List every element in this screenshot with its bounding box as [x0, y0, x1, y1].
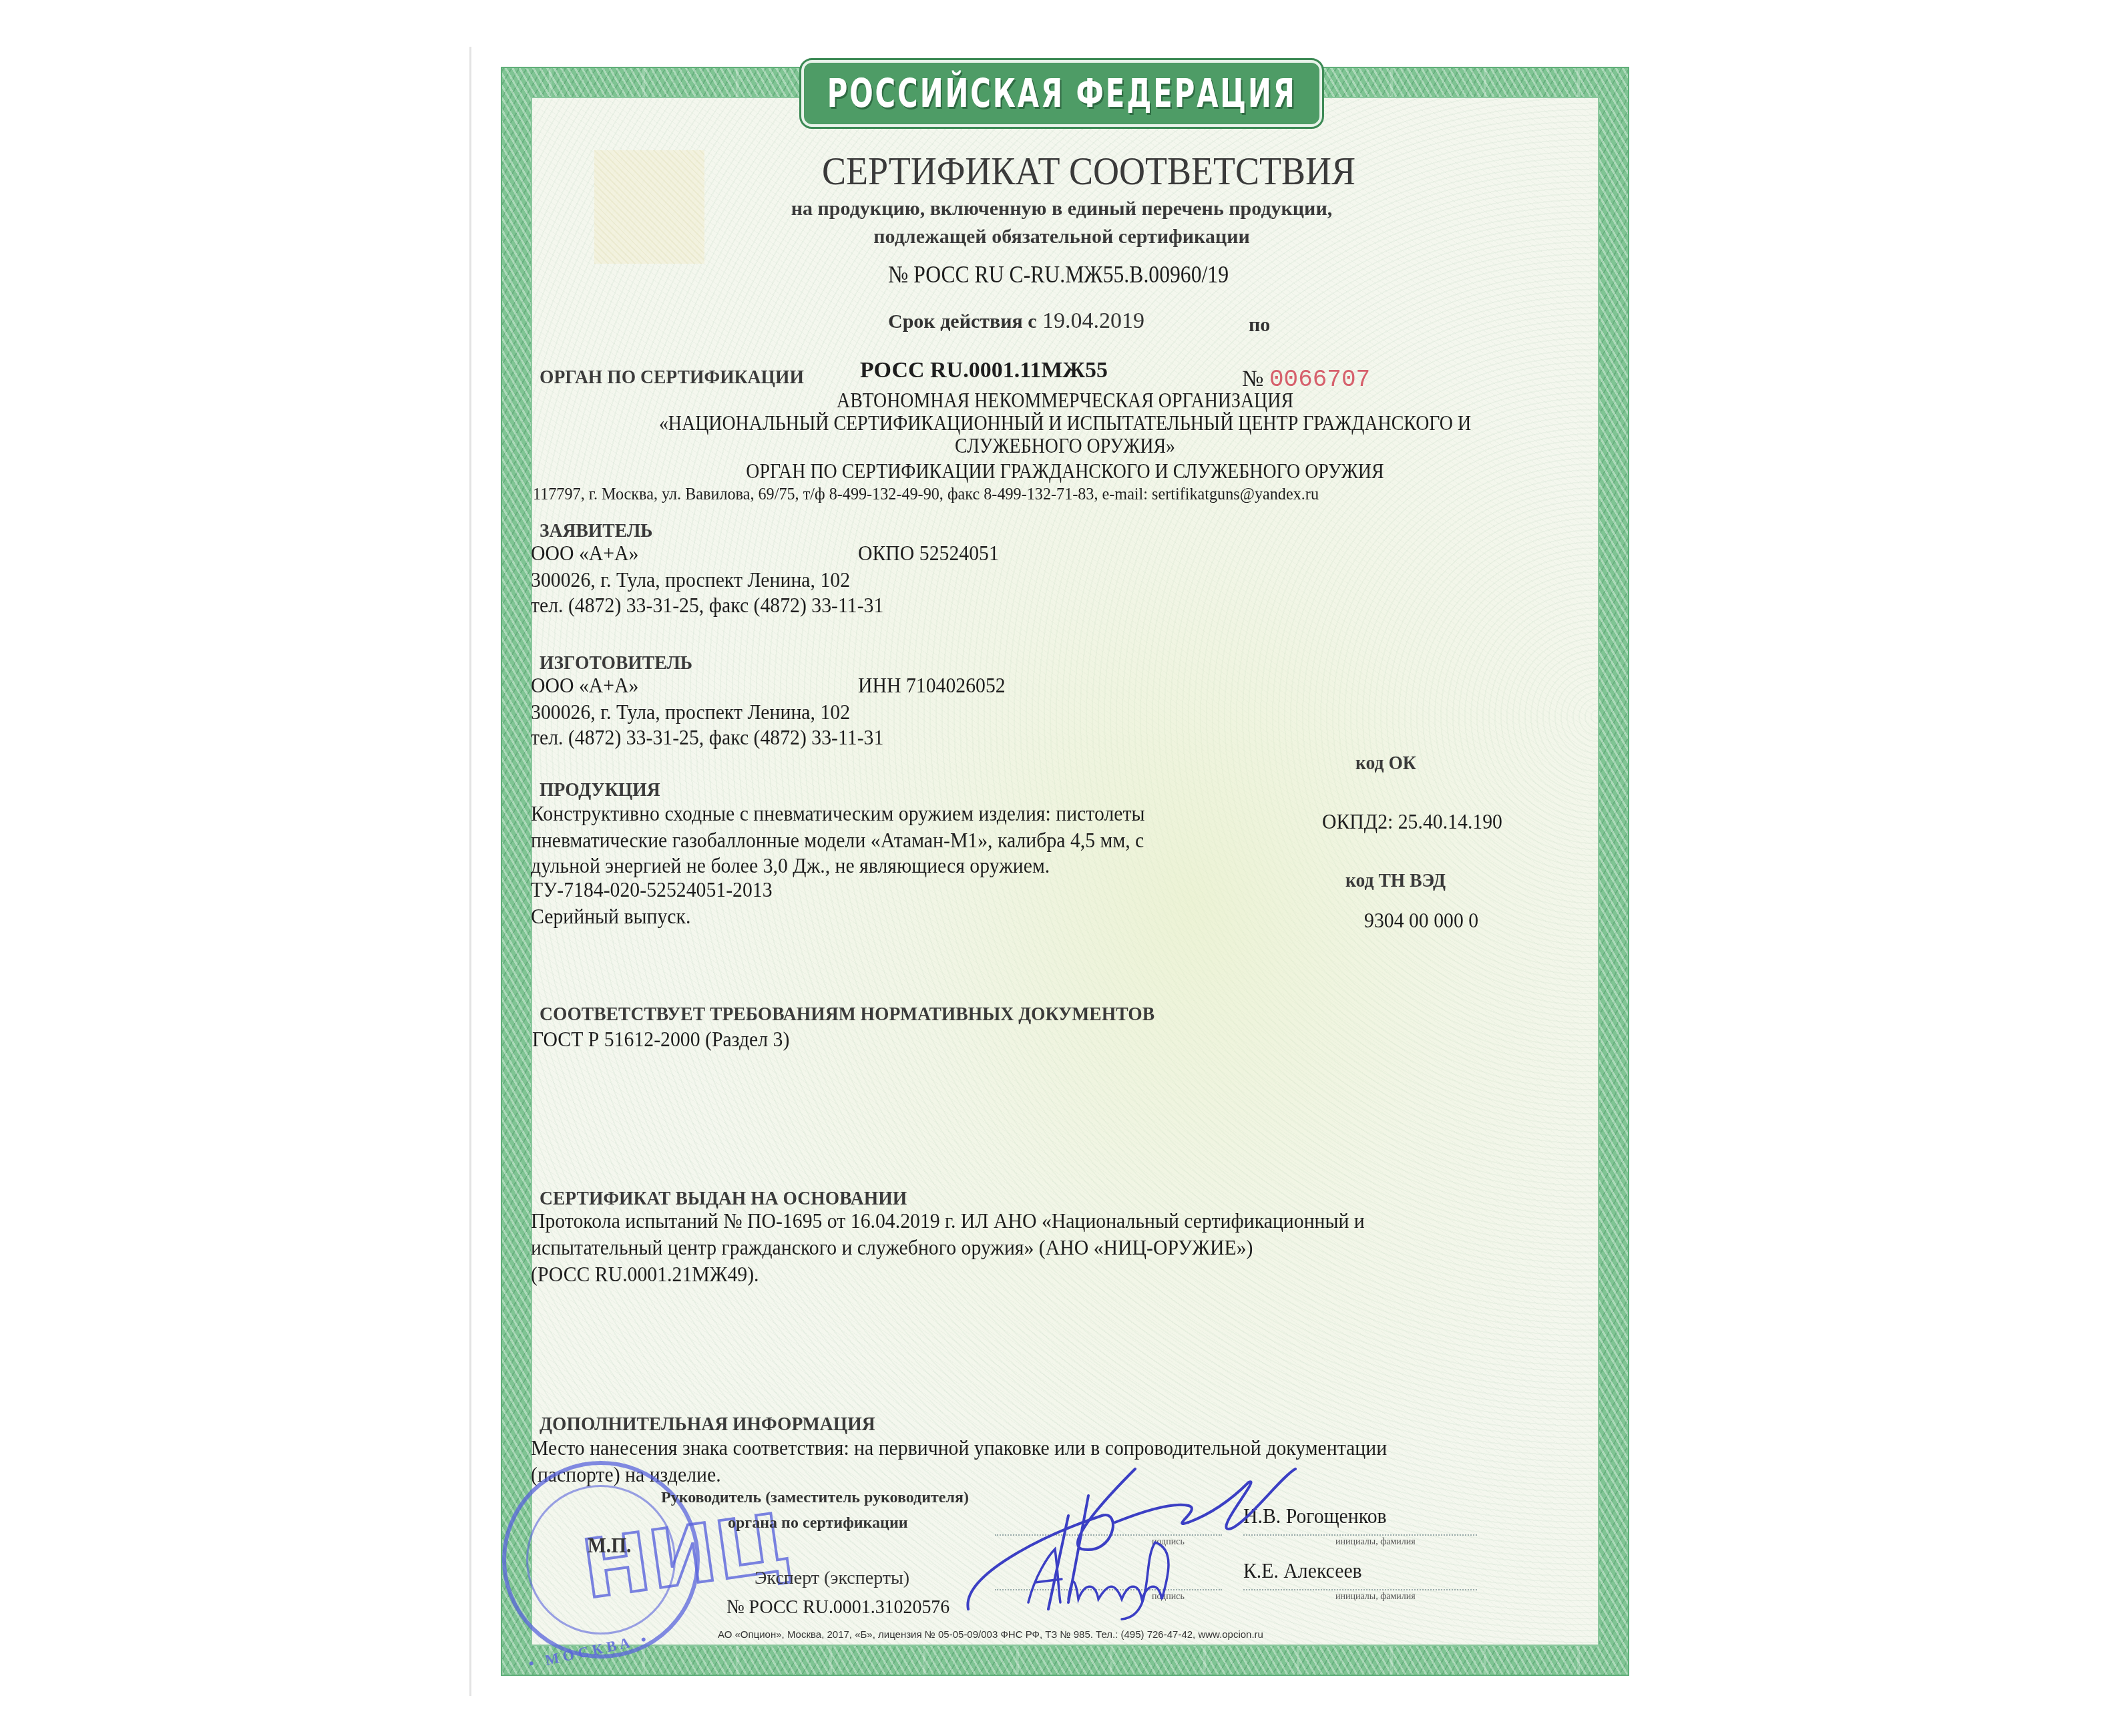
expert-registration: № РОСС RU.0001.31020576	[726, 1596, 949, 1618]
head-label-line-2: органа по сертификации	[728, 1514, 908, 1532]
applicant-okpo: ОКПО 52524051	[858, 541, 999, 566]
country-banner-text: РОССИЙСКАЯ ФЕДЕРАЦИЯ	[827, 71, 1296, 116]
basis-line: Протокола испытаний № ПО-1695 от 16.04.2…	[531, 1209, 1365, 1233]
ok-code-value: ОКПД2: 25.40.14.190	[1322, 809, 1502, 834]
manufacturer-phone: тел. (4872) 33-31-25, факс (4872) 33-11-…	[531, 725, 883, 750]
compliance-label: СООТВЕТСТВУЕТ ТРЕБОВАНИЯМ НОРМАТИВНЫХ ДО…	[540, 1003, 1154, 1026]
validity-to-label: по	[1249, 314, 1270, 337]
expert-signature-icon	[1022, 1536, 1189, 1622]
head-name-caption: инициалы, фамилия	[1335, 1537, 1416, 1548]
org-line-3: СЛУЖЕБНОГО ОРУЖИЯ»	[588, 434, 1543, 458]
cert-body-address: 117797, г. Москва, ул. Вавилова, 69/75, …	[533, 484, 1319, 504]
manufacturer-name: ООО «А+А»	[531, 673, 638, 698]
tnved-code-value: 9304 00 000 0	[1364, 908, 1478, 933]
product-line: дульной энергией не более 3,0 Дж., не яв…	[531, 853, 1050, 878]
org-line-4: ОРГАН ПО СЕРТИФИКАЦИИ ГРАЖДАНСКОГО И СЛУ…	[588, 459, 1543, 483]
basis-line: испытательный центр гражданского и служе…	[531, 1235, 1253, 1260]
basis-line: (РОСС RU.0001.21МЖ49).	[531, 1262, 759, 1287]
validity-label: Срок действия с	[888, 310, 1037, 333]
document-title: СЕРТИФИКАТ СООТВЕТСТВИЯ	[822, 148, 1315, 194]
sheet-edge	[469, 47, 471, 1696]
applicant-address: 300026, г. Тула, проспект Ленина, 102	[531, 568, 850, 592]
product-label: ПРОДУКЦИЯ	[540, 779, 660, 801]
applicant-name: ООО «А+А»	[531, 541, 638, 566]
applicant-phone: тел. (4872) 33-31-25, факс (4872) 33-11-…	[531, 593, 883, 618]
expert-name-caption: инициалы, фамилия	[1335, 1592, 1416, 1602]
head-label-line-1: Руководитель (заместитель руководителя)	[661, 1489, 969, 1507]
product-release: Серийный выпуск.	[531, 904, 690, 929]
stamp-place-label: М.П.	[588, 1533, 631, 1558]
product-spec: ТУ-7184-020-52524051-2013	[531, 877, 773, 902]
applicant-label: ЗАЯВИТЕЛЬ	[540, 519, 653, 542]
cert-body-label: ОРГАН ПО СЕРТИФИКАЦИИ	[540, 366, 804, 389]
org-line-1: АВТОНОМНАЯ НЕКОММЕРЧЕСКАЯ ОРГАНИЗАЦИЯ	[588, 389, 1543, 413]
org-line-2: «НАЦИОНАЛЬНЫЙ СЕРТИФИКАЦИОННЫЙ И ИСПЫТАТ…	[588, 411, 1543, 435]
manufacturer-address: 300026, г. Тула, проспект Ленина, 102	[531, 700, 850, 724]
subtitle-line-1: на продукцию, включенную в единый перече…	[734, 198, 1389, 220]
form-number-prefix: №	[1242, 367, 1263, 391]
expert-label: Эксперт (эксперты)	[755, 1568, 909, 1589]
hologram-watermark	[594, 150, 704, 264]
basis-label: СЕРТИФИКАТ ВЫДАН НА ОСНОВАНИИ	[540, 1187, 907, 1210]
certificate-number: № РОСС RU С-RU.МЖ55.В.00960/19	[888, 260, 1229, 288]
additional-label: ДОПОЛНИТЕЛЬНАЯ ИНФОРМАЦИЯ	[540, 1413, 875, 1436]
product-line: пневматические газобаллонные модели «Ата…	[531, 828, 1144, 853]
ok-code-label: код ОК	[1355, 752, 1416, 775]
manufacturer-inn: ИНН 7104026052	[858, 673, 1006, 698]
product-line: Конструктивно сходные с пневматическим о…	[531, 801, 1144, 826]
validity-from: 19.04.2019	[1042, 308, 1144, 333]
printer-footer: АО «Опцион», Москва, 2017, «Б», лицензия…	[718, 1629, 1263, 1641]
tnved-code-label: код ТН ВЭД	[1345, 869, 1446, 892]
country-banner: РОССИЙСКАЯ ФЕДЕРАЦИЯ	[801, 60, 1322, 127]
validity: Срок действия с 19.04.2019	[888, 308, 1144, 334]
cert-body-code: РОСС RU.0001.11МЖ55	[860, 358, 1108, 383]
subtitle-line-2: подлежащей обязательной сертификации	[734, 226, 1389, 248]
manufacturer-label: ИЗГОТОВИТЕЛЬ	[540, 652, 692, 674]
compliance-standard: ГОСТ Р 51612-2000 (Раздел 3)	[532, 1027, 789, 1052]
